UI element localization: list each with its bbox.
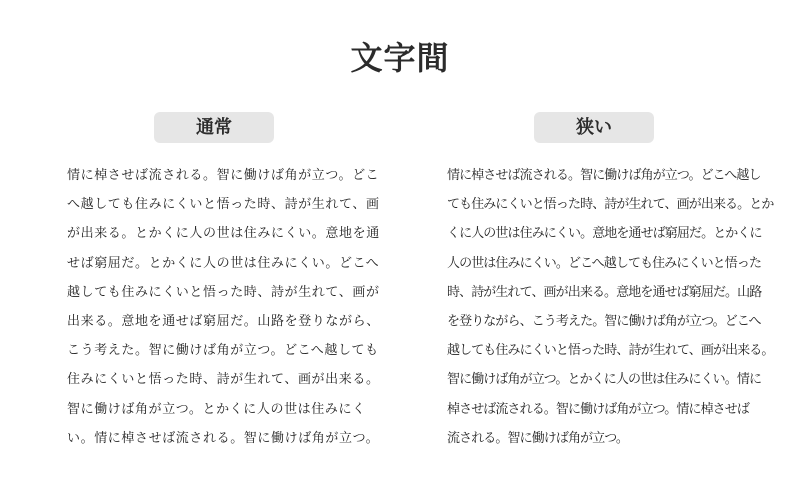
text-line: 智に働けば角が立つ。とかくに人の世は住みにくい。情に [447, 365, 744, 394]
text-line: が出来る。とかくに人の世は住みにくい。意地を通 [67, 219, 364, 248]
text-line: 人の世は住みにくい。どこへ越しても住みにくいと悟った [447, 249, 744, 278]
text-line: 住みにくいと悟った時、詩が生れて、画が出来る。 [67, 365, 364, 394]
text-line: 出来る。意地を通せば窮屈だ。山路を登りながら、 [67, 307, 364, 336]
text-line: ても住みにくいと悟った時、詩が生れて、画が出来る。とか [447, 190, 744, 219]
text-line: 越しても住みにくいと悟った時、詩が生れて、画が [67, 278, 364, 307]
text-line: 智に働けば角が立つ。とかくに人の世は住みにく [67, 395, 364, 424]
sample-text-narrow: 情に棹させば流される。智に働けば角が立つ。どこへ越し ても住みにくいと悟った時、… [444, 161, 744, 453]
text-line: せば窮屈だ。とかくに人の世は住みにくい。どこへ [67, 249, 364, 278]
text-line: 情に棹させば流される。智に働けば角が立つ。どこへ越し [447, 161, 744, 190]
page-title: 文字間 [0, 36, 800, 80]
text-line: へ越しても住みにくいと悟った時、詩が生れて、画 [67, 190, 364, 219]
text-line: こう考えた。智に働けば角が立つ。どこへ越しても [67, 336, 364, 365]
column-narrow-spacing: 狭い 情に棹させば流される。智に働けば角が立つ。どこへ越し ても住みにくいと悟っ… [444, 112, 744, 453]
text-line: 棹させば流される。智に働けば角が立つ。情に棹させば [447, 395, 744, 424]
column-normal-spacing: 通常 情に棹させば流される。智に働けば角が立つ。どこ へ越しても住みにくいと悟っ… [64, 112, 364, 453]
text-line: くに人の世は住みにくい。意地を通せば窮屈だ。とかくに [447, 219, 744, 248]
text-line: 越しても住みにくいと悟った時、詩が生れて、画が出来る。 [447, 336, 744, 365]
label-narrow: 狭い [534, 112, 654, 143]
text-line: 流される。智に働けば角が立つ。 [447, 424, 744, 453]
text-line: を登りながら、こう考えた。智に働けば角が立つ。どこへ [447, 307, 744, 336]
text-line: 時、詩が生れて、画が出来る。意地を通せば窮屈だ。山路 [447, 278, 744, 307]
sample-text-normal: 情に棹させば流される。智に働けば角が立つ。どこ へ越しても住みにくいと悟った時、… [64, 161, 364, 453]
label-normal: 通常 [154, 112, 274, 143]
text-line: い。情に棹させば流される。智に働けば角が立つ。 [67, 424, 364, 453]
text-line: 情に棹させば流される。智に働けば角が立つ。どこ [67, 161, 364, 190]
